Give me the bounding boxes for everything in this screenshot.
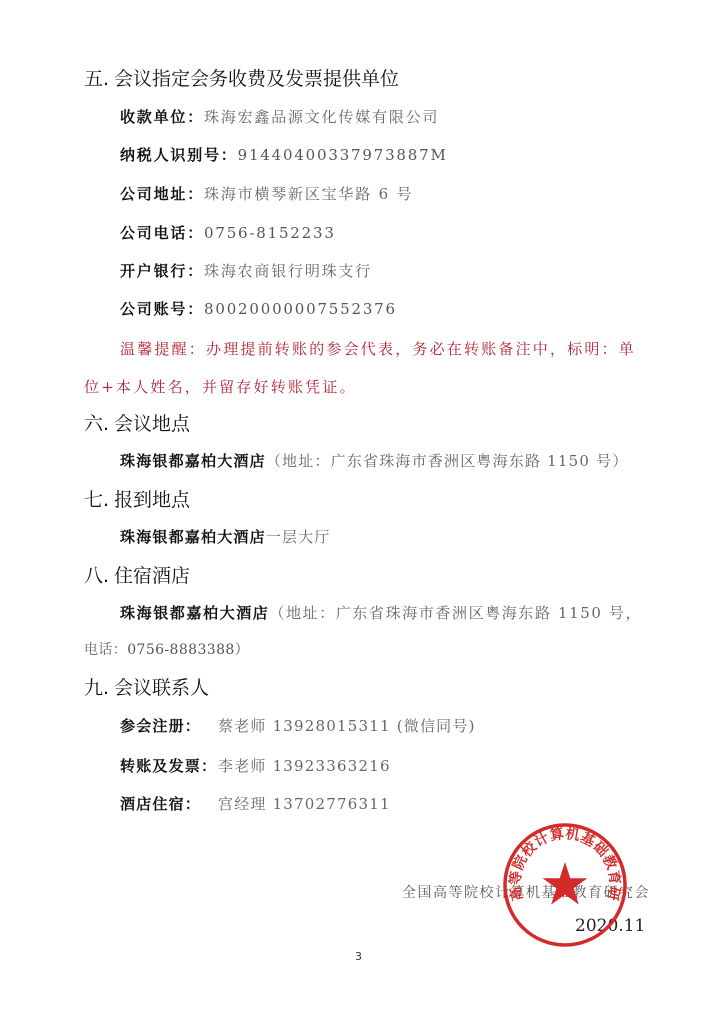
venue-address: （地址：广东省珠海市香洲区粤海东路 1150 号） [266,452,629,470]
venue-name: 珠海银都嘉柏大酒店 [120,452,266,470]
field-payee: 收款单位：珠海宏鑫品源文化传媒有限公司 [120,107,439,127]
field-company-address: 公司地址：珠海市横琴新区宝华路 6 号 [120,184,413,204]
section-heading-7: 七.报到地点 [84,489,190,511]
field-company-phone: 公司电话：0756-8152233 [120,223,336,243]
venue-address: （地址：广东省珠海市香洲区粤海东路 1150 号， [269,604,642,622]
contact-registration: 参会注册：蔡老师 13928015311 (微信同号) [120,716,476,736]
section-heading-8: 八.住宿酒店 [84,565,190,587]
contact-value: 宫经理 13702776311 [218,795,391,813]
hotel-line-2: 电话：0756-8883388） [84,640,249,660]
field-label: 公司账号： [120,300,204,318]
field-value: 80020000007552376 [204,300,397,318]
section-title: 会议指定会务收费及发票提供单位 [114,68,399,90]
phone-label: 电话： [84,642,127,658]
venue-name: 珠海银都嘉柏大酒店 [120,604,269,622]
venue-name: 珠海银都嘉柏大酒店 [120,528,266,546]
registration-location: 珠海银都嘉柏大酒店一层大厅 [120,527,331,547]
page-number: 3 [355,950,362,963]
reminder-line-2: 位+本人姓名，并留存好转账凭证。 [84,377,357,397]
contact-label: 酒店住宿： [120,794,218,814]
section-number: 九. [84,677,114,699]
field-tax-id: 纳税人识别号：91440400337973887M [120,145,448,165]
contact-label: 参会注册： [120,716,218,736]
contact-value: 蔡老师 13928015311 (微信同号) [218,717,476,735]
contact-hotel: 酒店住宿：宫经理 13702776311 [120,794,391,814]
section-heading-9: 九.会议联系人 [84,677,209,699]
field-value: 0756-8152233 [204,224,336,242]
section-title: 会议地点 [114,413,190,435]
contact-payment: 转账及发票：李老师 13923363216 [120,756,391,776]
field-account-number: 公司账号：80020000007552376 [120,299,397,319]
field-value: 91440400337973887M [238,146,448,164]
section-number: 七. [84,489,114,511]
field-label: 开户银行： [120,262,204,280]
section-title: 会议联系人 [114,677,209,699]
reminder-line-1: 温馨提醒：办理提前转账的参会代表，务必在转账备注中，标明：单 [120,339,636,359]
field-label: 收款单位： [120,108,204,126]
official-seal-icon: 全国高等院校计算机基础教育研究会 [502,822,628,948]
section-number: 八. [84,565,114,587]
document-page: 五.会议指定会务收费及发票提供单位 收款单位：珠海宏鑫品源文化传媒有限公司 纳税… [0,0,724,1024]
phone-value: 0756-8883388） [127,642,249,658]
contact-label: 转账及发票： [120,756,218,776]
section-number: 五. [84,68,114,90]
field-label: 公司地址： [120,185,204,203]
field-label: 纳税人识别号： [120,146,238,164]
field-bank: 开户银行：珠海农商银行明珠支行 [120,261,372,281]
section-title: 报到地点 [114,489,190,511]
field-label: 公司电话： [120,224,204,242]
field-value: 珠海市横琴新区宝华路 6 号 [204,185,413,203]
section-heading-6: 六.会议地点 [84,413,190,435]
contact-value: 李老师 13923363216 [218,757,391,775]
field-value: 珠海宏鑫品源文化传媒有限公司 [204,108,439,126]
hotel-line-1: 珠海银都嘉柏大酒店（地址：广东省珠海市香洲区粤海东路 1150 号， [120,603,642,623]
meeting-venue: 珠海银都嘉柏大酒店（地址：广东省珠海市香洲区粤海东路 1150 号） [120,451,629,471]
section-number: 六. [84,413,114,435]
section-title: 住宿酒店 [114,565,190,587]
field-value: 珠海农商银行明珠支行 [204,262,372,280]
section-heading-5: 五.会议指定会务收费及发票提供单位 [84,68,399,90]
venue-location: 一层大厅 [266,528,331,546]
